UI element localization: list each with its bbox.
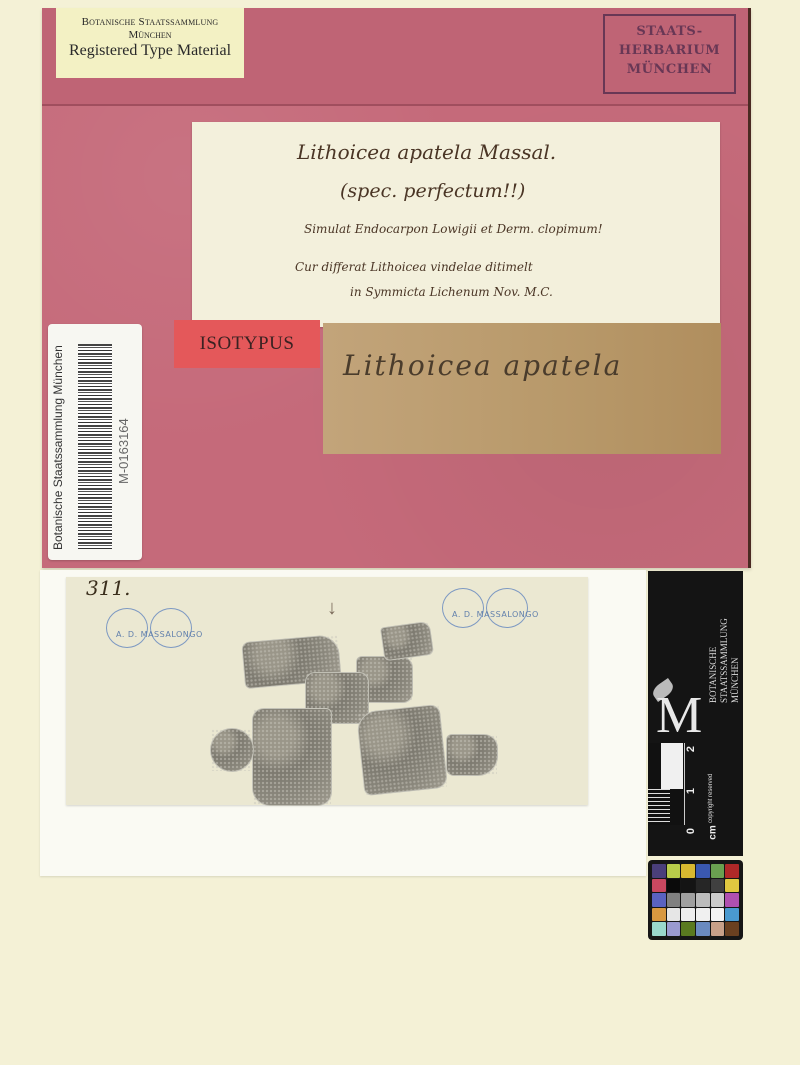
arrow-down-icon: ↓ (327, 597, 337, 620)
stamp-loop-icon (150, 608, 192, 648)
scale-white-block (661, 743, 683, 789)
color-swatch (711, 922, 725, 936)
color-swatch (711, 908, 725, 922)
stamp-text: A. D. MASSALONGO (452, 610, 539, 619)
lichen-fragment (380, 621, 434, 662)
color-swatch (667, 908, 681, 922)
brown-taxon-label: Lithoicea apatela (323, 323, 721, 454)
institution-name: Botanische Staatssammlung (56, 16, 244, 28)
stamp-loop-icon (106, 608, 148, 648)
color-swatch (696, 864, 710, 878)
color-swatch (711, 864, 725, 878)
stamp-line-2: HERBARIUM (605, 41, 734, 60)
note-line-4: Cur differat Lithoicea vindelae ditimelt (295, 260, 533, 274)
color-swatch (652, 893, 666, 907)
color-swatch (725, 879, 739, 893)
color-swatch (725, 908, 739, 922)
stamp-line-3: MÜNCHEN (605, 60, 734, 79)
color-swatch (681, 893, 695, 907)
stamp-loop-icon (442, 588, 484, 628)
scale-label-1: 1 (685, 788, 697, 794)
scale-ruler: M BOTANISCHE STAATSSAMMLUNG MÜNCHEN 2 1 … (648, 571, 743, 856)
lichen-fragment (446, 734, 498, 776)
color-swatch (696, 922, 710, 936)
barcode-label: Botanische Staatssammlung München M-0163… (48, 324, 142, 560)
color-swatch (696, 879, 710, 893)
color-swatch (681, 864, 695, 878)
color-swatch (681, 879, 695, 893)
color-swatch (667, 922, 681, 936)
color-swatch (711, 879, 725, 893)
ruler-institution-text: BOTANISCHE STAATSSAMMLUNG MÜNCHEN (708, 618, 741, 703)
note-line-5: in Symmicta Lichenum Nov. M.C. (350, 285, 553, 299)
stamp-loop-icon (486, 588, 528, 628)
cm-scale (648, 743, 685, 825)
brown-label-text: Lithoicea apatela (343, 349, 622, 382)
color-swatch (725, 864, 739, 878)
lichen-fragment (210, 728, 254, 772)
stamp-line-1: STAATS- (605, 22, 734, 41)
color-swatch (652, 879, 666, 893)
taxon-name: Lithoicea apatela Massal. (297, 140, 556, 164)
handwritten-determination-label: Lithoicea apatela Massal. (spec. perfect… (192, 122, 720, 327)
scale-label-2: 2 (685, 746, 697, 752)
stamp-text: A. D. MASSALONGO (116, 630, 203, 639)
note-line-3: Simulat Endocarpon Lowigii et Derm. clop… (304, 222, 603, 236)
color-swatch (652, 864, 666, 878)
barcode-institution: Botanische Staatssammlung München (51, 330, 65, 550)
color-swatch (667, 893, 681, 907)
copyright-text: copyright reserved (708, 774, 714, 823)
institution-city: München (56, 29, 244, 41)
color-swatch (711, 893, 725, 907)
logo-line-3: MÜNCHEN (730, 618, 741, 703)
color-swatch (667, 879, 681, 893)
packet-number: 311. (86, 576, 131, 600)
massalongo-stamp-left: A. D. MASSALONGO (106, 608, 196, 648)
specimen-note: (spec. perfectum!!) (340, 180, 525, 202)
color-swatch (696, 908, 710, 922)
registered-type-text: Registered Type Material (56, 42, 244, 60)
color-swatch (652, 908, 666, 922)
scale-label-0: 0 (685, 828, 697, 834)
color-swatch (681, 908, 695, 922)
staatsherbarium-stamp: STAATS- HERBARIUM MÜNCHEN (603, 14, 736, 94)
barcode-icon (78, 344, 112, 549)
color-swatch (652, 922, 666, 936)
logo-line-2: STAATSSAMMLUNG (719, 618, 730, 703)
massalongo-stamp-right: A. D. MASSALONGO (442, 588, 532, 628)
lichen-fragment (252, 708, 332, 806)
logo-line-1: BOTANISCHE (708, 618, 719, 703)
lichen-fragment (356, 704, 448, 796)
color-swatch (725, 922, 739, 936)
scale-ticks (648, 789, 670, 825)
color-swatch (696, 893, 710, 907)
color-swatch (725, 893, 739, 907)
catalog-number: M-0163164 (116, 418, 131, 484)
color-swatch (667, 864, 681, 878)
color-calibration-chart (648, 860, 743, 940)
scale-unit: cm (708, 825, 719, 839)
isotypus-label: ISOTYPUS (174, 320, 320, 368)
color-swatch (681, 922, 695, 936)
registered-type-material-label: Botanische Staatssammlung München Regist… (56, 8, 244, 78)
